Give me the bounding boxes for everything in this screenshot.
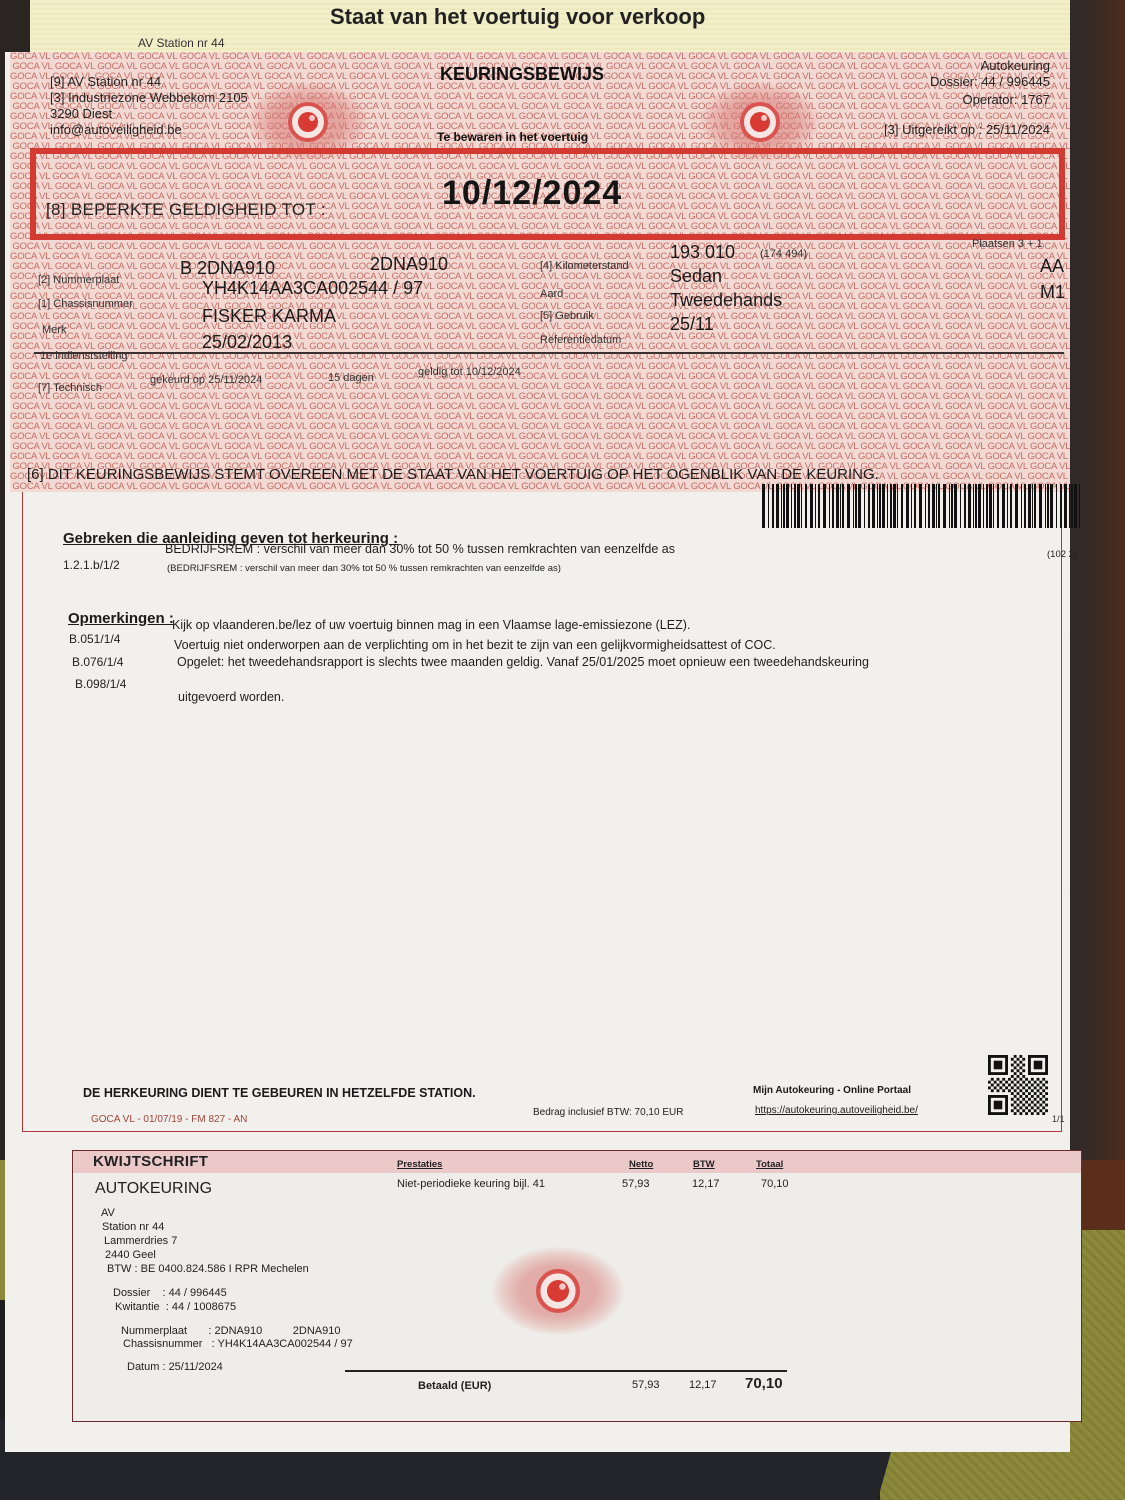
remark-text: Voertuig niet onderworpen aan de verplic…: [174, 638, 776, 652]
portal-link[interactable]: https://autokeuring.autoveiligheid.be/: [755, 1105, 918, 1116]
vehicle-category: M1: [1040, 282, 1065, 303]
operator-number: Operator: 1767: [963, 92, 1050, 107]
underlying-sheet-title: Staat van het voertuig voor verkoop: [330, 4, 705, 30]
barcode: [762, 484, 1082, 528]
service-name: Niet-periodieke keuring bijl. 41: [397, 1178, 545, 1190]
defect-subtext: (BEDRIJFSREM : verschil van meer dan 30%…: [167, 563, 561, 574]
service-net: 57,93: [622, 1178, 650, 1190]
inspection-type: Autokeuring: [981, 58, 1050, 73]
make-value: FISKER KARMA: [202, 306, 336, 327]
receipt-subtitle: AUTOKEURING: [95, 1180, 212, 1198]
inspected-date: gekeurd op 25/11/2024: [150, 374, 262, 386]
receipt-chassis: Chassisnummer : YH4K14AA3CA002544 / 97: [123, 1338, 353, 1350]
column-header-total: Totaal: [756, 1159, 783, 1170]
service-total: 70,10: [761, 1178, 789, 1190]
portal-label: Mijn Autokeuring - Online Portaal: [753, 1085, 911, 1096]
validity-label: [8] BEPERKTE GELDIGHEID TOT :: [46, 200, 326, 220]
receipt-plate: Nummerplaat : 2DNA910 2DNA910: [121, 1325, 340, 1337]
conformity-statement: [6] DIT KEURINGSBEWIJS STEMT OVEREEN MET…: [27, 466, 879, 483]
paid-label: Betaald (EUR): [418, 1380, 491, 1392]
column-header-services: Prestaties: [397, 1159, 442, 1170]
km-value: 193 010: [670, 242, 735, 263]
remark-text-continued: uitgevoerd worden.: [178, 690, 284, 704]
station-address: [9] AV Station nr 44 [3] Industriezone W…: [50, 74, 248, 138]
retest-notice: DE HERKEURING DIENT TE GEBEUREN IN HETZE…: [83, 1086, 476, 1100]
usage-value: Tweedehands: [670, 290, 782, 311]
remarks-heading: Opmerkingen :: [68, 610, 174, 627]
receipt-number: Kwitantie : 44 / 1008675: [115, 1301, 236, 1313]
amount-incl-vat: Bedrag inclusief BTW: 70,10 EUR: [533, 1107, 683, 1118]
goca-eye-logo-icon: [492, 1247, 624, 1335]
plate-value: B 2DNA910: [180, 258, 275, 279]
paid-total: 70,10: [745, 1375, 783, 1392]
receipt-dossier: Dossier : 44 / 996445: [113, 1287, 227, 1299]
validity-date: 10/12/2024: [442, 174, 622, 213]
receipt-vat-number: BTW : BE 0400.824.586 I RPR Mechelen: [107, 1263, 309, 1275]
certificate-header: GOCA VL GOCA VL GOCA VL GOCA VL GOCA VL …: [10, 52, 1070, 492]
chassis-label: [1] Chassisnummer: [38, 298, 133, 310]
usage-label: [5] Gebruik: [540, 310, 594, 322]
page-number: 1/1: [1052, 1114, 1065, 1124]
km-label: [4] Kilometerstand: [540, 260, 629, 272]
dossier-number: Dossier: 44 / 996445: [930, 74, 1050, 89]
issue-date: [3] Uitgereikt op : 25/11/2024: [884, 122, 1050, 137]
remark-code: B.098/1/4: [75, 677, 126, 691]
plate-label: [2] Nummerplaat: [38, 274, 119, 286]
remark-code: B.051/1/4: [69, 632, 120, 646]
receipt-address-line: Lammerdries 7: [104, 1235, 177, 1247]
underlying-sheet-subtitle: AV Station nr 44: [138, 36, 225, 50]
body-code: AA: [1040, 256, 1064, 277]
valid-until: geldig tot 10/12/2024: [418, 366, 521, 378]
defect-text: BEDRIJFSREM : verschil van meer dan 30% …: [165, 542, 675, 556]
first-registration-value: 25/02/2013: [202, 332, 292, 353]
chassis-value: YH4K14AA3CA002544 / 97: [202, 278, 423, 299]
receipt-address-line: Station nr 44: [102, 1221, 164, 1233]
kind-value: Sedan: [670, 266, 722, 287]
technical-label: [7] Technisch: [38, 382, 102, 394]
service-vat: 12,17: [692, 1178, 720, 1190]
column-header-vat: BTW: [693, 1159, 715, 1170]
column-header-net: Netto: [629, 1159, 653, 1170]
remark-code: B.076/1/4: [72, 655, 123, 669]
divider: [345, 1370, 787, 1372]
qr-code[interactable]: [988, 1055, 1054, 1115]
document-title: KEURINGSBEWIJS: [440, 64, 604, 85]
receipt-date: Datum : 25/11/2024: [127, 1361, 223, 1373]
km-previous: (174 494): [760, 248, 807, 260]
divider: [34, 352, 1064, 354]
receipt-title: KWIJTSCHRIFT: [93, 1153, 208, 1170]
receipt: KWIJTSCHRIFT AUTOKEURING AV Station nr 4…: [72, 1150, 1082, 1422]
remark-text: Kijk op vlaanderen.be/lez of uw voertuig…: [172, 618, 690, 632]
validity-days: 15 dagen: [328, 372, 374, 384]
form-code: GOCA VL - 01/07/19 - FM 827 - AN: [91, 1114, 247, 1125]
seats: Plaatsen 3 + 1: [972, 238, 1043, 250]
kind-label: Aard: [540, 288, 563, 300]
reference-date-value: 25/11: [670, 314, 714, 335]
paid-net: 57,93: [632, 1379, 660, 1391]
receipt-header-band: [73, 1151, 1081, 1173]
defect-code: 1.2.1.b/1/2: [63, 558, 120, 572]
defect-reference: (102 2): [1047, 549, 1077, 560]
remark-text: Opgelet: het tweedehandsrapport is slech…: [177, 655, 869, 669]
reference-date-label: Referentiedatum: [540, 334, 621, 346]
paid-vat: 12,17: [689, 1379, 717, 1391]
receipt-address-line: AV: [101, 1207, 115, 1219]
receipt-address-line: 2440 Geel: [105, 1249, 156, 1261]
document-subtitle: Te bewaren in het voertuig: [437, 130, 588, 144]
make-label: Merk: [42, 324, 66, 336]
plate-value-secondary: 2DNA910: [370, 254, 448, 275]
certificate-body: [22, 492, 1062, 1132]
